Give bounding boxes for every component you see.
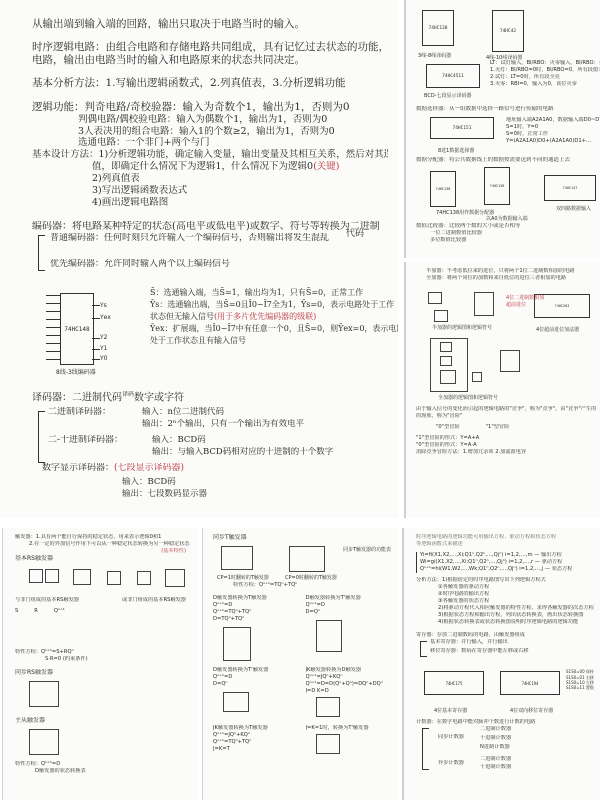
- design-step: 2)列真值表: [32, 173, 388, 185]
- demux-def: 数据分配器：将公共数据线上的数据按需要送到不同的通道上去: [416, 157, 596, 164]
- equation-group: Yi=fi(X1,X2,…,Xi;Q1ⁿ,Q2ⁿ,…,Qjⁿ) i=1,2,…,…: [416, 552, 596, 573]
- display-decoder-row: 74HC4511 BCD-七段显示译码器 LT̄：试灯输入，BI̅/RBO̅：灭…: [416, 60, 596, 104]
- notes-page-rs-flipflops: 触发器：1.具有两个能自行保持的稳定状态，用来表示逻辑0和1 2.在一定的外加信…: [2, 528, 198, 800]
- chip-74hc148: 74HC148: [60, 293, 94, 365]
- logic-function-block: 逻辑功能：判奇电路/奇校验器：输入为奇数个1，输出为1，否则为0: [32, 101, 388, 114]
- mux-row: 74HC151 8选1数据选择器 地址输入端A2A1A0，数据输入端D0~D7，…: [416, 113, 596, 157]
- encoder-def: 编码器：将电路某种特定的状态(高电平或低电平)或数字、符号等转换为二进制: [32, 221, 388, 234]
- notes-page-t-flipflops: 同步T触发器 CP=1时翻转的T触发器 CP=0时翻转的T触发器 同步T触发器的…: [202, 528, 398, 800]
- sequential-def-line-2: 电路，输出由电路当时的输入和电路原来的状态共同决定。: [32, 54, 388, 67]
- truth-table-body: [15, 615, 194, 649]
- rs-diagrams: [15, 563, 194, 597]
- design-method-block: 基本设计方法：1)分析逻辑功能，确定输入变量，输出变量及其相互关系，然后对其逻辑…: [32, 149, 388, 161]
- chip-74hc138-b: 74HC138: [484, 167, 510, 205]
- demux-row: 74HC138 74HC138 74HC147 74HC138用作数据分配器 以…: [416, 165, 596, 223]
- key-note: (关键): [313, 161, 339, 172]
- chip-caption: 8线-3线编码器: [56, 367, 96, 376]
- chip-74hc194: 74HC194: [500, 671, 560, 695]
- register-chips: 74HC175 74HC194 4位基本寄存器 4位双向移位寄存器 S1S0=0…: [416, 663, 596, 719]
- logic-function-item: 3人表决用的组合电路：输入1的个数≥2，输出为1，否则为0: [32, 126, 388, 138]
- chip-74hc42: 74HC42: [492, 10, 524, 52]
- chip-74hc138-a: 74HC138: [430, 171, 456, 207]
- brace: [38, 411, 45, 463]
- conversion-d-to-t-prime-2: D触发器转换为T'触发器 Qⁿ⁺¹=D D=Q̄ⁿ: [213, 667, 302, 721]
- encoder-types: 普通编码器：任何时刻只允许输入一个编码信号，否则输出将发生混乱 代码 优先编码器…: [32, 233, 388, 277]
- design-step: 4)画出逻辑电路图: [32, 197, 388, 209]
- chip-74hc175: 74HC175: [424, 671, 484, 695]
- encoder-def-tail: 代码: [346, 229, 364, 240]
- decoder-types: 二进制译码器： 输入：n位二进制代码 输出：2ⁿ个输出，只有一个输出为有效电平 …: [32, 405, 388, 501]
- design-step-cont: 值，即确定什么情况下为逻辑1，什么情况下为逻辑0(关键): [32, 161, 388, 173]
- sequential-def-line-1: 时序逻辑电路：由组合电路和存储电路共同组成，具有记忆过去状态的功能，而在逻辑: [32, 41, 388, 54]
- counter-tree: 同步计数器 二进制计数器 十进制计数器 N进制计数器 异步计数器 二进制计数器 …: [416, 726, 596, 772]
- chip-74hc151: 74HC151: [430, 117, 494, 139]
- conversion-d-to-t: D触发器转换为T触发器 Qⁿ⁺¹=D Qⁿ⁺¹=TQ̄ⁿ+T̄Qⁿ D=TQ̄ⁿ…: [213, 595, 302, 663]
- chip-74hc138: 74HC138: [422, 10, 454, 46]
- conversion-jk-to-t: JK触发器转换为T触发器 Qⁿ⁺¹=JQ̄ⁿ+K̄Qⁿ Qⁿ⁺¹=TQ̄ⁿ+T̄…: [213, 725, 302, 756]
- conversion-jk-to-d: JK触发器转换为D触发器 Qⁿ⁺¹=JQ̄ⁿ+K̄Qⁿ Qⁿ⁺¹=D=D(Q̄ⁿ…: [306, 667, 395, 721]
- design-method-label: 基本设计方法：: [32, 149, 99, 160]
- intro-line: 从输出端到输入端的回路，输出只取决于电路当时的输入。: [32, 18, 388, 31]
- notes-page-adders-hazards: 半加器：不考虑低位来的进位，只将两个1位二进制数相加的电路 全加器：将两个同位的…: [404, 262, 600, 518]
- encoder-type: 普通编码器：任何时刻只允许输入一个编码信号，否则输出将发生混乱: [50, 233, 329, 244]
- decoder-def: 译码器：二进制代码译码数字或字符: [32, 391, 388, 405]
- logic-function-item: 选通电路：一个非门+两个与门: [32, 137, 388, 149]
- design-step: 1)分析逻辑功能，确定输入变量，输出变量及其相互关系，然后对其逻辑赋: [99, 149, 388, 160]
- conversion-d-to-t-prime: D触发器转换为T'触发器 Qⁿ⁺¹=D D=Q̄ⁿ: [306, 595, 395, 663]
- chip-74hc147: 74HC147: [544, 175, 596, 201]
- brace: [38, 235, 45, 271]
- notes-page-sequential-registers: 时序逻辑电路的逻辑功能可用输出方程、驱动方程和状态方程 等逻辑函数式来描述 Yi…: [402, 528, 600, 800]
- conversion-sections: D触发器转换为T触发器 Qⁿ⁺¹=D Qⁿ⁺¹=TQ̄ⁿ+T̄Qⁿ D=TQ̄ⁿ…: [213, 595, 394, 756]
- logic-function-label: 逻辑功能：: [32, 101, 85, 113]
- cascade-note: (用于多片优先编码器的级联): [214, 312, 316, 321]
- hazard-types: "0"型冒险 "1"型冒险: [416, 424, 596, 431]
- chip-input-pins: [46, 295, 60, 360]
- notes-page-combinational-logic: 从输出端到输入端的回路，输出只取决于电路当时的输入。 时序逻辑电路：由组合电路和…: [0, 0, 398, 518]
- mux-def: 数据选择器：从一组数据中选择一路信号进行传输的电路: [416, 106, 596, 113]
- notes-page-decoders-mux: 74HC138 74HC42 3线-8线译码器 4线-10线译码器 74HC45…: [404, 0, 600, 258]
- comparator-def: 数值比较器：比较两个数的大小或是否相等: [416, 223, 596, 230]
- encoder-notes: S̄：选通输入端，当S̄=1，输出均为1，只有S̄=0，正常工作 Ȳs：选通输出…: [150, 287, 398, 347]
- chip-74hc4511: 74HC4511: [426, 64, 480, 88]
- design-step: 3)写出逻辑函数表达式: [32, 185, 388, 197]
- encoder-type: 优先编码器：允许同时输入两个以上编码信号: [50, 259, 230, 270]
- half-adder-row: 半加器的逻辑图和逻辑符号 74HC283 4位二进制数相加 超前进位 4位超前进…: [416, 288, 596, 336]
- mux-notes: 地址输入端A2A1A0，数据输入端D0~D7，数据输出端Y，Ȳ S̄=1时，Y=…: [506, 117, 600, 145]
- logic-function-item: 判偶电路/偶校验电路：输入为偶数个1，输出为1，否则为0: [32, 114, 388, 126]
- chip-output-pins: Ȳs Ȳex Ȳ2 Ȳ1 Ȳ0: [92, 301, 111, 364]
- encoder-74hc148-section: 74HC148 Ȳs Ȳex Ȳ2 Ȳ1 Ȳ0 8线-3线编码器 S̄：选通输入…: [32, 283, 388, 393]
- conversion-jk-to-t-prime: J=K=1时，转换为T'触发器: [306, 725, 395, 756]
- logic-function-item: 判奇电路/奇校验器：输入为奇数个1，输出为1，否则为0: [85, 101, 350, 113]
- display-decoder-notes: LT̄：试灯输入，BI̅/RBO̅：灭零输入，BI̅/RBO̅：灭灯输入/灭零输…: [490, 60, 600, 88]
- decoder-chips-row: 74HC138 74HC42 3线-8线译码器 4线-10线译码器: [416, 4, 596, 60]
- full-adder-row: 全加器的逻辑图和逻辑符号: [416, 336, 596, 400]
- analysis-method: 基本分析方法：1.写输出逻辑函数式，2.列真值表，3.分析逻辑功能: [32, 77, 388, 90]
- rs-truth-table-header: S̄ R̄ Qⁿ⁺¹: [15, 608, 194, 615]
